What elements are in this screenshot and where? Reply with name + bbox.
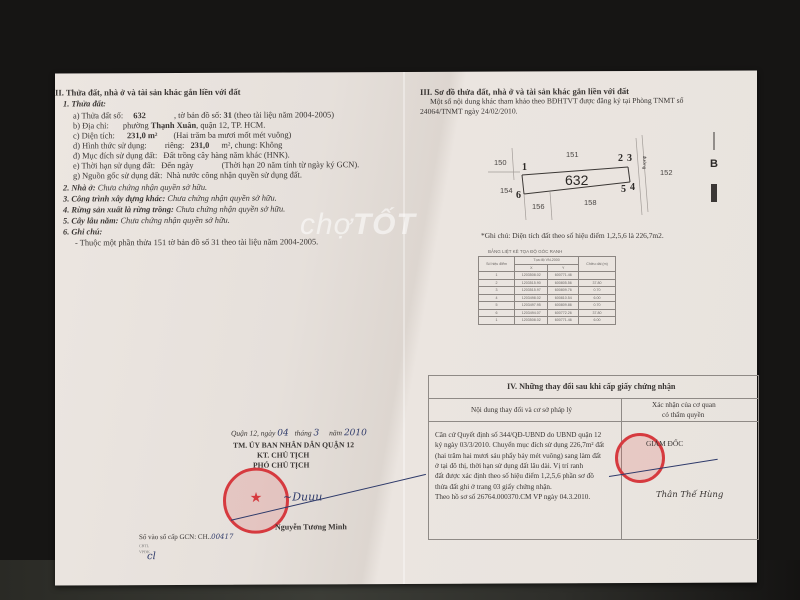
- coord-cell-len: 37.80: [579, 309, 616, 317]
- chotot-watermark: chợTỐT: [300, 208, 416, 242]
- coord-cell-y: 600772.26: [548, 309, 579, 317]
- star-emblem-icon: ★: [250, 490, 263, 507]
- coord-cell-x: 1203515.90: [515, 279, 548, 287]
- coord-cell-x: 1203515.97: [515, 287, 548, 295]
- page-fold: [403, 72, 405, 584]
- coord-row: 11203508.02600771.46: [479, 272, 616, 280]
- neighbor-151: 151: [566, 150, 579, 159]
- col-x: X: [515, 264, 548, 272]
- neighbor-156: 156: [532, 202, 545, 211]
- corner-2: 2: [618, 153, 623, 164]
- coord-row: 21203515.90600805.5637.80: [479, 279, 616, 287]
- changes-col1-header: Nội dung thay đổi và cơ sở pháp lý: [429, 399, 622, 422]
- changes-body-line: Căn cứ Quyết định số 344/QĐ-UBND do UBND…: [435, 430, 601, 440]
- col-point: Số hiệu điểm: [479, 257, 515, 272]
- changes-header: IV. Những thay đổi sau khi cấp giấy chứn…: [429, 376, 758, 399]
- corner-4: 4: [630, 182, 635, 193]
- coord-cell-len: 0.70: [579, 302, 616, 310]
- col-coords: Tọa độ VN-2000: [515, 257, 579, 265]
- perennial-trees-row: 5. Cây lâu năm: Chưa chứng nhận quyền sở…: [63, 216, 230, 227]
- notes-heading: 6. Ghi chú:: [63, 227, 102, 237]
- coord-cell-y: 600809.86: [548, 302, 579, 310]
- house-row: 2. Nhà ở: Chưa chứng nhận quyền sở hữu.: [63, 183, 207, 194]
- north-arrow-label: B: [710, 158, 718, 170]
- changes-body-line: ở tại đô thị, thời hạn sử dụng đất lâu d…: [435, 461, 583, 471]
- coord-cell-y: 600810.54: [548, 294, 579, 302]
- changes-body-line: thửa đất ghi ở trang 03 giấy chứng nhận.: [435, 482, 552, 492]
- usage-origin-row: g) Nguồn gốc sử dụng đất: Nhà nước công …: [73, 170, 302, 181]
- coord-cell-point: 6: [479, 309, 515, 317]
- changes-body-line: ký ngày 03/3/2010. Chuyển mục đích sử dụ…: [435, 440, 604, 450]
- coord-cell-x: 1203497.95: [515, 302, 548, 310]
- notes-text: - Thuộc một phần thửa 151 tờ bản đồ số 3…: [75, 237, 318, 248]
- corner-3: 3: [627, 153, 632, 164]
- coord-cell-point: 2: [479, 279, 515, 287]
- registry-small-1: CBTL: [139, 543, 149, 548]
- reference-text-2: 24064/TNMT ngày 24/02/2010.: [420, 107, 518, 117]
- coord-row: 11203508.02600771.466.00: [479, 317, 616, 325]
- section-ii-title: II. Thửa đất, nhà ở và tài sản khác gắn …: [55, 87, 240, 98]
- coord-cell-point: 1: [479, 272, 515, 280]
- col-length: Chiều dài (m): [579, 257, 616, 272]
- parcel-number-row: a) Thửa đất số: 632 , tờ bản đồ số: 31 (…: [73, 110, 334, 121]
- coordinate-table: Số hiệu điểm Tọa độ VN-2000 Chiều dài (m…: [478, 256, 616, 325]
- coord-cell-y: 600771.46: [548, 317, 579, 325]
- changes-divider: [621, 421, 622, 539]
- plot-lines: [470, 120, 760, 230]
- other-construction-row: 3. Công trình xây dựng khác: Chưa chứng …: [63, 194, 277, 205]
- issue-date-line: Quận 12, ngày 04 tháng 3 năm 2010: [231, 428, 367, 439]
- area-value: 231,0 m²: [127, 131, 157, 140]
- coord-cell-x: 1203494.07: [515, 309, 548, 317]
- chairman-line: KT. CHỦ TỊCH: [257, 450, 309, 460]
- neighbor-152: 152: [660, 168, 673, 177]
- coord-cell-point: 5: [479, 302, 515, 310]
- parcel-number-label: 632: [565, 172, 588, 188]
- signature-left: ~Duuu: [283, 492, 322, 502]
- changes-body-line: (hai trăm hai mươi sáu phẩy bảy mét vuôn…: [435, 451, 601, 461]
- coord-cell-len: [579, 272, 616, 280]
- parcel-number: 632: [133, 111, 146, 120]
- plantation-forest-row: 4. Rừng sản xuất là rừng trồng: Chưa chứ…: [63, 205, 285, 216]
- signer-name: Nguyễn Tương Minh: [275, 522, 347, 532]
- coord-cell-len: 6.00: [579, 294, 616, 302]
- neighbor-158: 158: [584, 198, 597, 207]
- approver-title: GIÁM ĐỐC: [646, 439, 683, 449]
- plot-diagram: 150 151 152 154 156 158 đường 1 2 3 4 5 …: [470, 120, 760, 230]
- ward-name: Thạnh Xuân: [151, 121, 196, 130]
- changes-body-line: Theo hồ sơ số 26764.000370.CM VP ngày 04…: [435, 492, 590, 502]
- corner-1: 1: [522, 162, 527, 173]
- map-sheet-number: 31: [224, 111, 232, 120]
- coord-cell-point: 4: [479, 294, 515, 302]
- coord-cell-y: 600771.46: [548, 272, 579, 280]
- registry-initials: cl: [147, 552, 156, 562]
- parcel-heading: 1. Thửa đất:: [63, 99, 106, 109]
- coord-row: 61203494.07600772.2637.80: [479, 309, 616, 317]
- corner-5: 5: [621, 184, 626, 195]
- reference-text-1: Một số nội dung khác tham khảo theo BĐHT…: [430, 96, 683, 107]
- corner-6: 6: [516, 190, 521, 201]
- col-y: Y: [548, 264, 579, 272]
- coord-row: 31203515.97600809.760.70: [479, 287, 616, 295]
- changes-body-line: đất được xác định theo số hiệu điểm 1,2,…: [435, 471, 594, 481]
- approver-name: Thân Thế Hùng: [656, 490, 723, 500]
- coord-table-caption: BẢNG LIỆT KÊ TỌA ĐỘ GÓC RANH: [488, 249, 562, 254]
- coord-cell-x: 1203508.02: [515, 272, 548, 280]
- changes-col2-header: Xác nhận của cơ quan có thẩm quyền: [622, 399, 758, 422]
- authority-line: TM. ỦY BAN NHÂN DÂN QUẬN 12: [233, 440, 354, 451]
- road-label: đường: [642, 156, 647, 169]
- coord-cell-y: 600809.76: [548, 287, 579, 295]
- coord-cell-x: 1203508.02: [515, 317, 548, 325]
- changes-table: IV. Những thay đổi sau khi cấp giấy chứn…: [428, 375, 759, 540]
- coord-row: 51203497.95600809.860.70: [479, 302, 616, 310]
- coord-cell-len: 6.00: [579, 317, 616, 325]
- coord-row: 41203498.02600810.546.00: [479, 294, 616, 302]
- area-note: *Ghi chú: Diện tích đất theo số hiệu điể…: [481, 231, 664, 241]
- usage-term-row: e) Thời hạn sử dụng đất: Đến ngày (Thời …: [73, 160, 359, 171]
- coord-cell-len: 0.70: [579, 287, 616, 295]
- coord-cell-y: 600805.56: [548, 279, 579, 287]
- registry-number: Số vào sổ cấp GCN: CH..00417: [139, 532, 233, 542]
- coord-cell-x: 1203498.02: [515, 294, 548, 302]
- neighbor-150: 150: [494, 158, 507, 167]
- neighbor-154: 154: [500, 186, 513, 195]
- coord-cell-point: 3: [479, 287, 515, 295]
- coord-cell-len: 37.80: [579, 279, 616, 287]
- changes-title: IV. Những thay đổi sau khi cấp giấy chứn…: [507, 382, 675, 392]
- coord-cell-point: 1: [479, 317, 515, 325]
